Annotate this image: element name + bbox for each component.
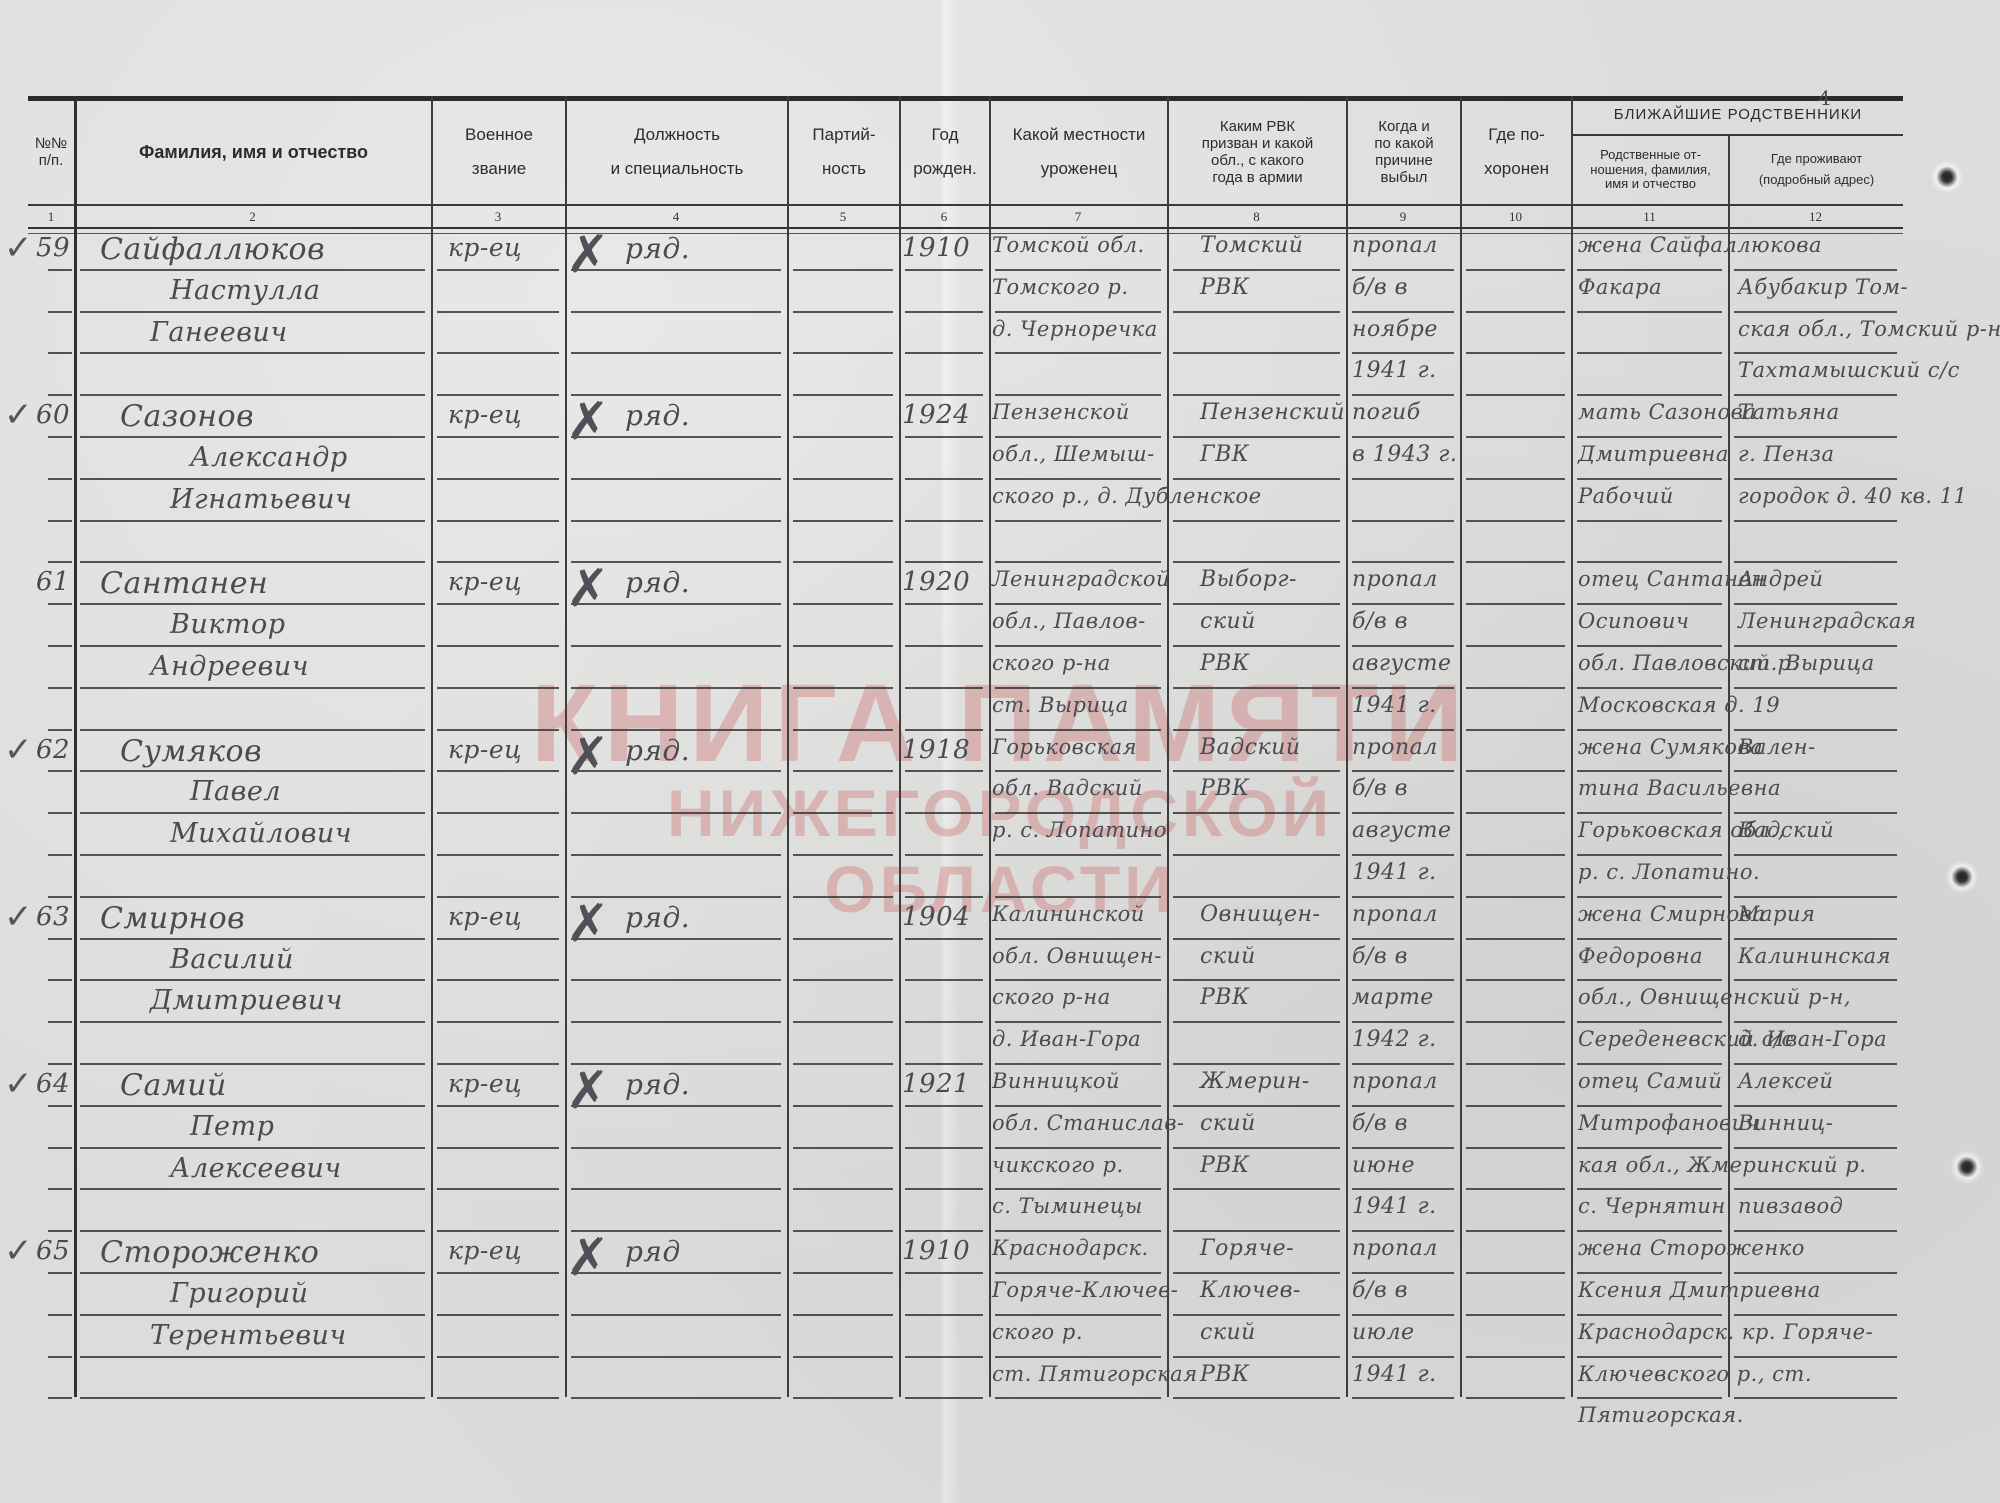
- ruled-line: [571, 979, 781, 981]
- rvk-line: РВК: [1200, 778, 1250, 800]
- birthplace-line: Пензенской: [992, 402, 1130, 423]
- ruled-line: [48, 1188, 72, 1190]
- ruled-line: [437, 1356, 559, 1358]
- soldier-name-line: Павел: [190, 778, 281, 805]
- address-line: Вален-: [1738, 737, 1816, 758]
- ruled-line: [1173, 979, 1340, 981]
- ruled-line: [995, 269, 1161, 271]
- ruled-line: [1352, 269, 1454, 271]
- relative-line: Дмитриевна: [1578, 444, 1729, 465]
- ruled-line: [793, 1105, 893, 1107]
- when-line: пропал: [1352, 1071, 1438, 1093]
- header-rule: [28, 204, 1903, 206]
- ruled-line: [995, 812, 1161, 814]
- relatives-group-rule: [1571, 134, 1903, 136]
- birthplace-line: Краснодарск.: [992, 1238, 1149, 1259]
- ruled-line: [995, 1105, 1161, 1107]
- birthplace-line: чикского р.: [992, 1155, 1124, 1176]
- when-line: августе: [1352, 653, 1452, 675]
- ruled-line: [1577, 352, 1722, 354]
- ruled-line: [48, 1397, 72, 1399]
- when-line: пропал: [1352, 737, 1438, 759]
- entry-number: 65: [36, 1238, 70, 1264]
- when-line: погиб: [1352, 402, 1421, 424]
- birthplace-line: ского р.: [992, 1322, 1083, 1343]
- birthplace-line: с. Тыминецы: [992, 1196, 1143, 1217]
- ruled-line: [1577, 1272, 1722, 1274]
- ruled-line: [995, 729, 1161, 731]
- column-divider: [1728, 134, 1730, 1397]
- address-line: Винниц-: [1738, 1113, 1833, 1134]
- ruled-line: [1466, 603, 1565, 605]
- birthplace-line: обл. Овнищен-: [992, 946, 1162, 967]
- soldier-name-line: Александр: [190, 444, 348, 471]
- ruled-line: [1352, 729, 1454, 731]
- military-rank: кр-ец: [448, 737, 522, 762]
- ruled-line: [48, 436, 72, 438]
- ruled-line: [1734, 854, 1897, 856]
- relative-line: Рабочий: [1578, 486, 1674, 507]
- x-mark-icon: ✗: [566, 1232, 610, 1284]
- when-line: августе: [1352, 820, 1452, 842]
- header-party: Партий- ность: [789, 100, 899, 204]
- when-line: 1941 г.: [1352, 1364, 1437, 1386]
- check-mark-icon: ✓: [4, 231, 33, 265]
- when-line: пропал: [1352, 235, 1438, 257]
- ruled-line: [1466, 854, 1565, 856]
- ruled-line: [1352, 436, 1454, 438]
- ruled-line: [1734, 436, 1897, 438]
- ruled-line: [793, 687, 893, 689]
- ruled-line: [1577, 1314, 1722, 1316]
- ruled-line: [1577, 645, 1722, 647]
- ruled-line: [905, 352, 983, 354]
- header-position: Должность и специальность: [567, 100, 787, 204]
- ruled-line: [1466, 896, 1565, 898]
- ruled-line: [1173, 394, 1340, 396]
- entry-number: 59: [36, 235, 70, 261]
- ruled-line: [80, 520, 425, 522]
- ruled-line: [905, 269, 983, 271]
- address-line: ская обл., Томский р-н,: [1738, 319, 2000, 340]
- page-number-mark: 4: [1818, 88, 1831, 108]
- ruled-line: [80, 1147, 425, 1149]
- relative-line: кая обл., Жмеринский р.: [1578, 1155, 1866, 1176]
- ruled-line: [80, 1272, 425, 1274]
- ruled-line: [1173, 436, 1340, 438]
- column-divider: [1167, 96, 1169, 1397]
- address-line: г. Пенза: [1738, 444, 1835, 465]
- ruled-line: [48, 1230, 72, 1232]
- ruled-line: [48, 645, 72, 647]
- ruled-line: [995, 1272, 1161, 1274]
- ruled-line: [437, 687, 559, 689]
- soldier-name-line: Ганеевич: [150, 319, 288, 346]
- ruled-line: [1734, 1314, 1897, 1316]
- ruled-line: [80, 311, 425, 313]
- address-line: ст. Вырица: [1738, 653, 1875, 674]
- ruled-line: [793, 269, 893, 271]
- ruled-line: [1466, 1188, 1565, 1190]
- ruled-line: [437, 1063, 559, 1065]
- rvk-line: Жмерин-: [1200, 1071, 1310, 1093]
- ruled-line: [1352, 770, 1454, 772]
- ruled-line: [1577, 1230, 1722, 1232]
- header-burial-place: Где по- хоронен: [1462, 100, 1571, 204]
- ruled-line: [1577, 603, 1722, 605]
- ruled-line: [1466, 1272, 1565, 1274]
- ruled-line: [995, 770, 1161, 772]
- ruled-line: [1173, 1147, 1340, 1149]
- relative-line: с. Чернятин: [1578, 1196, 1726, 1217]
- rvk-line: Овнищен-: [1200, 904, 1320, 926]
- ruled-line: [905, 436, 983, 438]
- ruled-line: [1352, 896, 1454, 898]
- military-rank: кр-ец: [448, 1071, 522, 1096]
- ruled-line: [80, 561, 425, 563]
- ruled-line: [437, 1397, 559, 1399]
- ruled-line: [793, 1063, 893, 1065]
- ruled-line: [793, 520, 893, 522]
- ruled-line: [80, 1230, 425, 1232]
- position: ряд.: [625, 235, 690, 263]
- ruled-line: [80, 1188, 425, 1190]
- relative-line: тина Васильевна: [1578, 778, 1781, 799]
- column-number: 4: [565, 206, 787, 227]
- ruled-line: [48, 1063, 72, 1065]
- ruled-line: [905, 896, 983, 898]
- ruled-line: [1466, 1105, 1565, 1107]
- ruled-line: [1352, 1147, 1454, 1149]
- ruled-line: [1577, 394, 1722, 396]
- ruled-line: [437, 770, 559, 772]
- ruled-line: [1466, 645, 1565, 647]
- ruled-line: [80, 938, 425, 940]
- ruled-line: [1466, 436, 1565, 438]
- relative-line: Митрофанович: [1578, 1113, 1759, 1134]
- ruled-line: [905, 938, 983, 940]
- ruled-line: [793, 561, 893, 563]
- entry-number: 60: [36, 402, 70, 428]
- soldier-name-line: Алексеевич: [170, 1155, 342, 1182]
- ruled-line: [80, 1063, 425, 1065]
- soldier-name-line: Сантанен: [100, 569, 268, 599]
- ruled-line: [1466, 311, 1565, 313]
- ruled-line: [571, 478, 781, 480]
- relative-line: Краснодарск. кр. Горяче-: [1578, 1322, 1873, 1343]
- soldier-name-line: Михайлович: [170, 820, 352, 847]
- when-line: 1941 г.: [1352, 695, 1437, 717]
- ruled-line: [905, 561, 983, 563]
- ruled-line: [1734, 561, 1897, 563]
- header-relative-name: Родственные от- ношения, фамилия, имя и …: [1573, 136, 1728, 204]
- ruled-line: [437, 1272, 559, 1274]
- ruled-line: [793, 812, 893, 814]
- ruled-line: [571, 1356, 781, 1358]
- when-line: 1942 г.: [1352, 1029, 1437, 1051]
- ruled-line: [793, 394, 893, 396]
- address-line: Мария: [1738, 904, 1815, 925]
- birthplace-line: ст. Пятигорская: [992, 1364, 1198, 1385]
- column-number: 8: [1167, 206, 1346, 227]
- ruled-line: [793, 854, 893, 856]
- ruled-line: [1173, 561, 1340, 563]
- ruled-line: [1734, 1105, 1897, 1107]
- ruled-line: [571, 1314, 781, 1316]
- ruled-line: [1352, 1356, 1454, 1358]
- relative-line: жена Сайфаллюкова: [1578, 235, 1822, 256]
- when-line: б/в в: [1352, 277, 1408, 299]
- ruled-line: [48, 311, 72, 313]
- ruled-line: [1734, 352, 1897, 354]
- header-relatives-group: БЛИЖАЙШИЕ РОДСТВЕННИКИ: [1573, 100, 1903, 130]
- ruled-line: [793, 1356, 893, 1358]
- ruled-line: [995, 1021, 1161, 1023]
- ruled-line: [1577, 520, 1722, 522]
- header-relative-address: Где проживают (подробный адрес): [1730, 136, 1903, 204]
- relative-line: Осипович: [1578, 611, 1689, 632]
- header-when-why: Когда и по какой причине выбыл: [1348, 100, 1460, 204]
- ruled-line: [1466, 687, 1565, 689]
- ruled-line: [905, 394, 983, 396]
- ruled-line: [80, 1021, 425, 1023]
- ruled-line: [48, 687, 72, 689]
- birth-year: 1924: [902, 402, 970, 428]
- header-full-name: Фамилия, имя и отчество: [76, 100, 431, 204]
- ruled-line: [1352, 561, 1454, 563]
- soldier-name-line: Сазонов: [120, 402, 254, 432]
- ruled-line: [1352, 979, 1454, 981]
- ruled-line: [1352, 394, 1454, 396]
- address-line: Алексей: [1738, 1071, 1833, 1092]
- birthplace-line: Винницкой: [992, 1071, 1120, 1092]
- column-divider: [74, 96, 77, 1397]
- ruled-line: [995, 436, 1161, 438]
- ruled-line: [1173, 1397, 1340, 1399]
- rvk-line: РВК: [1200, 277, 1250, 299]
- ruled-line: [995, 561, 1161, 563]
- birthplace-line: Горьковская: [992, 737, 1137, 758]
- ruled-line: [80, 979, 425, 981]
- ruled-line: [1173, 1105, 1340, 1107]
- ruled-line: [1466, 1021, 1565, 1023]
- ruled-line: [905, 729, 983, 731]
- x-mark-icon: ✗: [566, 229, 610, 281]
- ruled-line: [905, 1147, 983, 1149]
- column-divider: [431, 96, 433, 1397]
- ruled-line: [1466, 561, 1565, 563]
- ruled-line: [995, 854, 1161, 856]
- ruled-line: [1577, 979, 1722, 981]
- ruled-line: [1734, 1147, 1897, 1149]
- rvk-line: ский: [1200, 946, 1256, 968]
- birthplace-line: Горяче-Ключев-: [992, 1280, 1178, 1301]
- check-mark-icon: ✓: [4, 733, 33, 767]
- ruled-line: [80, 269, 425, 271]
- ruled-line: [571, 1397, 781, 1399]
- ruled-line: [48, 269, 72, 271]
- ruled-line: [1466, 812, 1565, 814]
- ruled-line: [80, 352, 425, 354]
- check-mark-icon: ✓: [4, 1234, 33, 1268]
- ruled-line: [995, 1356, 1161, 1358]
- ruled-line: [1577, 1021, 1722, 1023]
- ruled-line: [793, 603, 893, 605]
- ruled-line: [1734, 269, 1897, 271]
- ruled-line: [1577, 938, 1722, 940]
- x-mark-icon: ✗: [566, 731, 610, 783]
- ruled-line: [48, 1105, 72, 1107]
- ruled-line: [1173, 520, 1340, 522]
- ruled-line: [437, 1314, 559, 1316]
- memorial-register-page: КНИГА ПАМЯТИ НИЖЕГОРОДСКОЙ ОБЛАСТИ №№ п/…: [0, 0, 2000, 1503]
- ruled-line: [1352, 812, 1454, 814]
- soldier-name-line: Сумяков: [120, 737, 262, 767]
- address-line: городок д. 40 кв. 11: [1738, 486, 1967, 507]
- check-mark-icon: ✓: [4, 398, 33, 432]
- ruled-line: [1352, 311, 1454, 313]
- position: ряд: [625, 1238, 681, 1266]
- ruled-line: [1173, 854, 1340, 856]
- ruled-line: [1466, 394, 1565, 396]
- address-line: Тахтамышский с/с: [1738, 360, 1960, 381]
- ruled-line: [1734, 478, 1897, 480]
- ruled-line: [905, 520, 983, 522]
- column-divider: [1460, 96, 1462, 1397]
- ruled-line: [437, 478, 559, 480]
- rvk-line: Пензенский: [1200, 402, 1345, 424]
- ruled-line: [905, 603, 983, 605]
- ruled-line: [48, 979, 72, 981]
- ruled-line: [1352, 854, 1454, 856]
- ruled-line: [1466, 938, 1565, 940]
- ruled-line: [571, 645, 781, 647]
- ruled-line: [1466, 478, 1565, 480]
- ruled-line: [793, 938, 893, 940]
- entry-number: 61: [36, 569, 70, 595]
- ruled-line: [48, 1147, 72, 1149]
- rvk-line: РВК: [1200, 653, 1250, 675]
- ruled-line: [793, 1147, 893, 1149]
- ruled-line: [1734, 1272, 1897, 1274]
- ruled-line: [1577, 854, 1722, 856]
- position: ряд.: [625, 1071, 690, 1099]
- military-rank: кр-ец: [448, 569, 522, 594]
- address-line: Татьяна: [1738, 402, 1840, 423]
- column-divider: [787, 96, 789, 1397]
- ruled-line: [1734, 938, 1897, 940]
- ruled-line: [1173, 1188, 1340, 1190]
- ruled-line: [48, 1272, 72, 1274]
- relative-line: р. с. Лопатино.: [1578, 862, 1760, 883]
- column-number: 6: [899, 206, 989, 227]
- ruled-line: [793, 896, 893, 898]
- ruled-line: [995, 1063, 1161, 1065]
- ruled-line: [1466, 1230, 1565, 1232]
- ruled-line: [793, 1397, 893, 1399]
- rvk-line: ский: [1200, 1322, 1256, 1344]
- birthplace-line: д. Иван-Гора: [992, 1029, 1141, 1050]
- rvk-line: ский: [1200, 611, 1256, 633]
- ruled-line: [1352, 478, 1454, 480]
- ruled-line: [1173, 1272, 1340, 1274]
- ruled-line: [1577, 478, 1722, 480]
- ruled-line: [80, 812, 425, 814]
- ruled-line: [1352, 938, 1454, 940]
- ruled-line: [1466, 520, 1565, 522]
- soldier-name-line: Григорий: [170, 1280, 309, 1307]
- ruled-line: [793, 645, 893, 647]
- ruled-line: [437, 979, 559, 981]
- ruled-line: [1173, 729, 1340, 731]
- ruled-line: [571, 311, 781, 313]
- relative-line: Ксения Дмитриевна: [1578, 1280, 1821, 1301]
- position: ряд.: [625, 569, 690, 597]
- ruled-line: [1734, 311, 1897, 313]
- ruled-line: [437, 1147, 559, 1149]
- ruled-line: [995, 1147, 1161, 1149]
- ruled-line: [1577, 896, 1722, 898]
- ruled-line: [1466, 729, 1565, 731]
- address-line: Калининская: [1738, 946, 1891, 967]
- ruled-line: [80, 645, 425, 647]
- birthplace-line: р. с. Лопатино: [992, 820, 1167, 841]
- ruled-line: [48, 520, 72, 522]
- birthplace-line: ского р-на: [992, 987, 1111, 1008]
- ruled-line: [80, 729, 425, 731]
- ruled-line: [1577, 1147, 1722, 1149]
- ruled-line: [1734, 687, 1897, 689]
- address-line: д. Иван-Гора: [1738, 1029, 1887, 1050]
- ruled-line: [1466, 1147, 1565, 1149]
- ruled-line: [1173, 896, 1340, 898]
- ruled-line: [1577, 1188, 1722, 1190]
- ruled-line: [48, 1356, 72, 1358]
- ruled-line: [905, 478, 983, 480]
- column-number: 2: [74, 206, 431, 227]
- position: ряд.: [625, 737, 690, 765]
- ruled-line: [80, 1314, 425, 1316]
- soldier-name-line: Смирнов: [100, 904, 245, 934]
- ruled-line: [1352, 1021, 1454, 1023]
- ruled-line: [437, 938, 559, 940]
- birth-year: 1904: [902, 904, 970, 930]
- column-divider: [1571, 96, 1573, 1397]
- ruled-line: [905, 645, 983, 647]
- header-number: №№ п/п.: [28, 100, 74, 204]
- ruled-line: [1577, 436, 1722, 438]
- ruled-line: [80, 1356, 425, 1358]
- ruled-line: [48, 1021, 72, 1023]
- ruled-line: [437, 729, 559, 731]
- ruled-line: [1352, 1105, 1454, 1107]
- ruled-line: [571, 812, 781, 814]
- ruled-line: [1734, 1397, 1897, 1399]
- entry-number: 63: [36, 904, 70, 930]
- ruled-line: [437, 269, 559, 271]
- ruled-line: [1734, 394, 1897, 396]
- ruled-line: [905, 311, 983, 313]
- ruled-line: [995, 896, 1161, 898]
- column-number: 11: [1571, 206, 1728, 227]
- ruled-line: [995, 311, 1161, 313]
- ruled-line: [1577, 687, 1722, 689]
- birthplace-line: Томского р.: [992, 277, 1129, 298]
- ruled-line: [437, 311, 559, 313]
- ruled-line: [995, 1230, 1161, 1232]
- column-number: 3: [431, 206, 565, 227]
- x-mark-icon: ✗: [566, 563, 610, 615]
